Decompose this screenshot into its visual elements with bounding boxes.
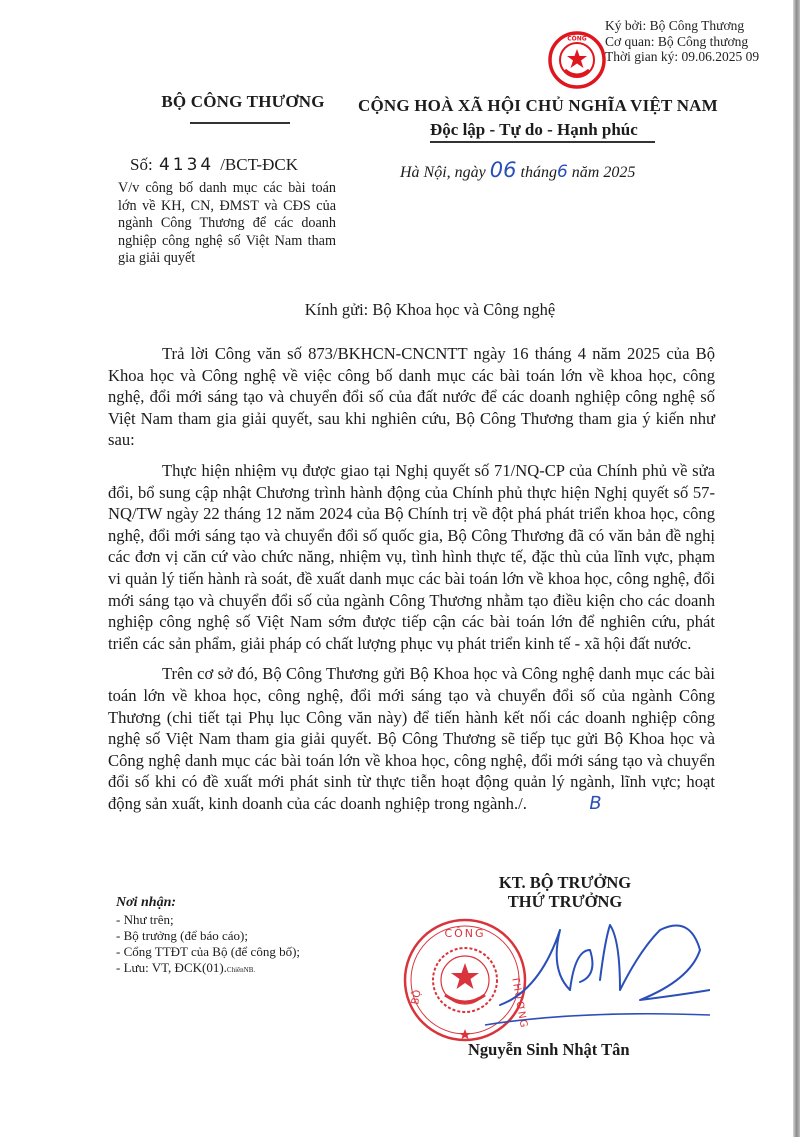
body-paragraph: Thực hiện nhiệm vụ được giao tại Nghị qu… xyxy=(108,460,715,654)
digital-signature-seal-icon: CÔNG xyxy=(547,30,607,90)
recipients-list-item: - Như trên; xyxy=(116,912,300,928)
doc-number-suffix: /BCT-ĐCK xyxy=(220,155,298,174)
svg-text:CÔNG: CÔNG xyxy=(567,36,587,43)
national-motto: Độc lập - Tự do - Hạnh phúc xyxy=(430,120,638,140)
signer-title: KT. BỘ TRƯỞNG THỨ TRƯỞNG xyxy=(460,873,670,911)
organization-underline xyxy=(190,122,290,124)
drafter-initials: ChiênNB. xyxy=(227,966,255,974)
day-handwritten: 06 xyxy=(490,158,517,182)
signer-title-line2: THỨ TRƯỞNG xyxy=(460,892,670,911)
handwritten-initials: B xyxy=(533,793,603,815)
signing-time: Thời gian ký: 09.06.2025 09 xyxy=(605,49,759,65)
national-title: CỘNG HOÀ XÃ HỘI CHỦ NGHĨA VIỆT NAM xyxy=(358,96,718,116)
month-label: tháng xyxy=(521,164,557,181)
recipients-list: Nơi nhận: - Như trên; - Bộ trưởng (để bá… xyxy=(116,895,300,978)
handwritten-signature xyxy=(480,910,710,1040)
place-and-date: Hà Nội, ngày 06 tháng6 năm 2025 xyxy=(400,158,635,182)
doc-number-handwritten: 4134 xyxy=(159,155,214,175)
year-text: năm 2025 xyxy=(572,164,636,181)
doc-number-label: Số: xyxy=(130,155,153,174)
recipients-list-item: - Bộ trưởng (để báo cáo); xyxy=(116,928,300,944)
recipients-list-title: Nơi nhận: xyxy=(116,895,300,911)
body-paragraph-text: Trên cơ sở đó, Bộ Công Thương gửi Bộ Kho… xyxy=(108,664,715,813)
month-handwritten: 6 xyxy=(557,162,568,182)
signed-by: Ký bởi: Bộ Công Thương xyxy=(605,18,759,34)
motto-underline xyxy=(430,141,655,143)
recipients-list-item: - Lưu: VT, ĐCK(01).ChiênNB. xyxy=(116,960,300,978)
body-paragraph: Trên cơ sở đó, Bộ Công Thương gửi Bộ Kho… xyxy=(108,663,715,814)
svg-text:BỘ: BỘ xyxy=(408,989,423,1006)
page-edge-shadow xyxy=(793,0,800,1137)
issuing-organization: BỘ CÔNG THƯƠNG xyxy=(148,92,338,112)
digital-signature-info: Ký bởi: Bộ Công Thương Cơ quan: Bộ Công … xyxy=(605,18,759,65)
place-prefix: Hà Nội, ngày xyxy=(400,164,486,181)
addressee: Kính gửi: Bộ Khoa học và Công nghệ xyxy=(0,300,800,320)
signer-title-line1: KT. BỘ TRƯỞNG xyxy=(460,873,670,892)
letter-body: Trả lời Công văn số 873/BKHCN-CNCNTT ngà… xyxy=(108,343,715,823)
document-subject: V/v công bố danh mục các bài toán lớn về… xyxy=(118,180,336,268)
recipients-list-item-text: - Lưu: VT, ĐCK(01). xyxy=(116,960,227,975)
body-paragraph: Trả lời Công văn số 873/BKHCN-CNCNTT ngà… xyxy=(108,343,715,451)
recipients-list-item: - Cổng TTĐT của Bộ (để công bố); xyxy=(116,944,300,960)
signing-agency: Cơ quan: Bộ Công thương xyxy=(605,34,759,50)
document-number: Số: 4134/BCT-ĐCK xyxy=(130,155,298,175)
signer-name: Nguyễn Sinh Nhật Tân xyxy=(468,1040,630,1060)
